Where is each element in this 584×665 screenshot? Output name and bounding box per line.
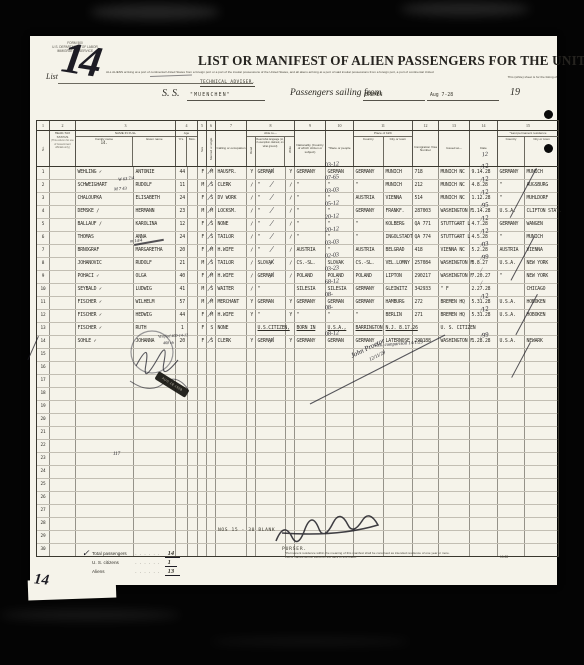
cell-issued-at: MUNICH NC [439,193,470,205]
cell-nationality: " [295,193,326,205]
cell-age-mos [188,310,198,322]
total-label: Total passengers [92,549,134,558]
cell-row-number: 15 [37,349,50,361]
cell-given-name: ANTONIE [134,167,176,179]
cell-residence-country [498,479,525,491]
cell-birth-city: HAMBURG [384,297,413,309]
cell-read: ∕ [247,232,256,244]
cell-residence-country [498,518,525,530]
cell-birth-country: " [354,219,384,231]
cell-given-name: KAROLINA [134,219,176,231]
cell-row-number: 8 [37,258,50,270]
cell-birth-country: POLAND [354,271,384,283]
cell-row-number: 17 [37,375,50,387]
cell-write: ∕ [286,232,295,244]
cell-issued-at: WASHINGTON F [439,258,470,270]
handwritten-page-mark: 14 [33,571,50,589]
cell-race [326,466,354,478]
cell-read: ∕ [247,271,256,283]
cell-nationality [295,518,326,530]
col-num: 9 [295,121,326,130]
cell-read [247,388,256,400]
cell-sex [198,401,207,413]
cell-nationality: " [295,310,326,322]
cell-race [326,505,354,517]
cell-write: Y [286,167,295,179]
cell-age-yrs [176,453,188,465]
manifest-row: 19 [37,401,558,414]
header-headtax-sub: (This column for use of Government offic… [50,139,75,150]
cell-age-mos [188,414,198,426]
cell-read-language [256,440,286,452]
cell-issued-at: WASHINGTON F [439,336,470,348]
tally-note: 117 [113,452,120,457]
cell-nationality [295,466,326,478]
list-label: List [46,72,58,81]
cell-age-yrs [176,427,188,439]
cell-read: Y [247,310,256,322]
manifest-row: 12 FISCHER ✓ HEDWIG 44 F M H.WIFE Y " Y … [37,310,558,323]
cell-visa-number [413,518,439,530]
cell-sex [198,453,207,465]
cell-read [247,505,256,517]
cell-birth-country [354,349,384,361]
cell-sex: F [198,336,207,348]
cell-race [326,414,354,426]
cell-birth-city: GLEIWITZ [384,284,413,296]
cell-residence-city: CHICAGO [525,284,558,296]
cell-occupation: LOCKSM. [216,206,247,218]
cell-race: " [326,310,354,322]
cell-issued-at [439,531,470,543]
cell-family-name [76,349,134,361]
cell-headtax [50,362,76,374]
ss-label: S. S. [162,88,180,99]
cell-headtax [50,349,76,361]
cell-nationality: BORN IN [295,323,326,335]
ink-slash: ∕ [271,205,273,215]
cell-age-mos [188,388,198,400]
handwritten-mark: ∕12 [480,188,489,196]
cell-read [247,323,256,335]
cell-visa-number [413,531,439,543]
cell-read: Y [247,336,256,348]
cell-row-number: 29 [37,531,50,543]
cell-sex: M [198,284,207,296]
ink-slash: ∕ [271,257,273,267]
manifest-row: 14 SOHLE ✓ JOHANNA 20 F S CLERK Y GERMAN… [37,336,558,349]
cell-age-yrs [176,414,188,426]
cell-residence-country: U.S.A. [498,310,525,322]
cell-sex: M [198,180,207,192]
footnote-line: List of names will be found on the back … [285,555,497,559]
cell-sex [198,531,207,543]
cell-read [247,362,256,374]
cell-issue-date: 7.20.27 [470,271,498,283]
cell-headtax [50,492,76,504]
cell-birth-country [354,440,384,452]
cell-family-name: DEMSKE ∕ [76,206,134,218]
cell-read-language [256,505,286,517]
ink-slash: ∕ [209,192,211,202]
cell-row-number: 23 [37,453,50,465]
cell-nationality: " [295,232,326,244]
cell-occupation [216,388,247,400]
col-num: 2 [50,121,76,130]
cell-occupation [216,544,247,556]
cell-read: Y [247,167,256,179]
cell-given-name [134,479,176,491]
cell-age-yrs: 40 [176,271,188,283]
col-num: 7 [216,121,247,130]
cell-nationality [295,375,326,387]
cell-visa-number: 287003 [413,206,439,218]
cell-write [286,349,295,361]
handwritten-mark: ∕12 [480,227,489,235]
cell-write [286,518,295,530]
cell-birth-city: VEL.LOMNY [384,258,413,270]
sailing-port: BREMEN [365,93,382,98]
cell-sex [198,492,207,504]
cell-nationality [295,427,326,439]
cell-sex: F [198,167,207,179]
cell-visa-number [413,479,439,491]
cell-residence-country: GERMANY [498,219,525,231]
cell-age-mos [188,362,198,374]
cell-row-number: 10 [37,284,50,296]
cell-age-mos [188,245,198,257]
ink-slash: ∕ [209,283,211,293]
cell-visa-number: 514 [413,193,439,205]
cell-residence-country [498,531,525,543]
cell-row-number: 26 [37,492,50,504]
header-headtax: HEAD-TAX STATUS [50,131,75,139]
handwritten-mark: ∕12 [480,175,489,183]
cell-age-yrs: 24 [176,193,188,205]
cell-birth-country: " [354,310,384,322]
handwritten-mark: ∕12 [480,305,489,313]
cell-read-language [256,362,286,374]
cell-occupation [216,414,247,426]
cell-age-mos [188,479,198,491]
cell-issued-at [439,453,470,465]
cell-birth-country: GERMANY [354,297,384,309]
cell-occupation [216,492,247,504]
cell-birth-city: FRANKF. [384,206,413,218]
cell-residence-city [525,414,558,426]
cell-write [286,388,295,400]
cell-read-language [256,401,286,413]
cell-given-name [134,401,176,413]
cell-residence-city [525,323,558,335]
underline [187,100,265,101]
cell-race [326,492,354,504]
cell-sex [198,375,207,387]
cell-age-yrs [176,531,188,543]
cell-issue-date [470,453,498,465]
cell-race [326,401,354,413]
cell-residence-country: AUSTRIA [498,245,525,257]
header-sex: Sex [200,133,204,165]
cell-occupation: TAILOR [216,232,247,244]
cell-family-name [76,518,134,530]
cell-age-yrs: 23 [176,206,188,218]
cell-nationality [295,479,326,491]
cell-row-number: 3 [37,193,50,205]
header-birth-country: Country [354,137,384,167]
cell-family-name: FISCHER ✓ [76,297,134,309]
col-num: 10 [326,121,354,130]
cell-race [326,531,354,543]
ink-slash: ∕ [271,179,273,189]
cell-sex [198,466,207,478]
cell-birth-city: INGOLSTADT [384,232,413,244]
cell-write [286,284,295,296]
cell-occupation [216,453,247,465]
cell-read: ∕ [247,258,256,270]
cell-headtax [50,544,76,556]
cell-visa-number: 718 [413,167,439,179]
cell-write: Y [286,310,295,322]
manifest-row: 21 [37,427,558,440]
ink-slash: ∕ [271,218,273,228]
cell-nationality: " [295,180,326,192]
cell-residence-city [525,349,558,361]
cell-family-name [76,401,134,413]
cell-age-mos [188,323,198,335]
cell-write [286,479,295,491]
cell-issue-date [470,505,498,517]
handwritten-mark: ∕03 [480,240,489,248]
header-family-note: 14. [101,140,108,145]
cell-sex [198,440,207,452]
cell-family-name: BRNOGRAF [76,245,134,257]
cell-birth-city [384,375,413,387]
handwritten-mark: ∕99 [480,253,489,261]
cell-age-mos [188,258,198,270]
cell-nationality [295,414,326,426]
cell-occupation: NONE [216,219,247,231]
cell-married [207,427,216,439]
cell-family-name [76,362,134,374]
cell-write [286,375,295,387]
cell-age-mos [188,232,198,244]
cell-write [286,401,295,413]
cell-issued-at: " F [439,284,470,296]
cell-married [207,505,216,517]
header-readlang: Read what language (or, if exemption cla… [256,137,285,167]
cell-birth-city: LIPTON [384,271,413,283]
cell-married [207,453,216,465]
cell-birth-city: KOLBERG [384,219,413,231]
cell-age-mos [188,518,198,530]
cell-birth-country: AUSTRIA [354,193,384,205]
cell-residence-city [525,466,558,478]
cell-age-mos [188,180,198,192]
cell-visa-number: 212 [413,180,439,192]
cell-birth-city [384,362,413,374]
cell-write [286,453,295,465]
cell-sex: F [198,219,207,231]
cell-visa-number [413,505,439,517]
cell-read-language: " [256,310,286,322]
cell-married [207,440,216,452]
handwritten-check: ✓ [82,548,90,559]
cell-write [286,531,295,543]
film-scan-frame: FORM 500 U.S. DEPARTMENT OF LABOR IMMIGR… [0,0,584,665]
cell-nationality: AUSTRIA [295,245,326,257]
cell-issue-date [470,492,498,504]
cell-family-name: FISCHER ✓ [76,310,134,322]
cell-race [326,388,354,400]
col-num: 14 [470,121,498,130]
total-value: 13 [165,568,181,576]
cell-write [286,492,295,504]
cell-birth-country [354,362,384,374]
manifest-row: 24 [37,466,558,479]
cell-read [247,466,256,478]
cell-headtax [50,375,76,387]
total-label: U. S. citizens [92,558,134,567]
page-title: LIST OR MANIFEST OF ALIEN PASSENGERS FOR… [198,53,584,69]
cell-birth-city: N.J. 8.17.26 [384,323,413,335]
cell-headtax [50,258,76,270]
cell-age-yrs: 41 [176,284,188,296]
cell-birth-country [354,518,384,530]
cell-birth-country: GERMANY [354,284,384,296]
ink-slash: ∕ [209,309,211,319]
film-dot [544,144,553,153]
cell-birth-city [384,492,413,504]
cell-headtax [50,414,76,426]
cell-birth-country [354,479,384,491]
cell-race [326,427,354,439]
cell-write: Y [286,297,295,309]
cell-headtax [50,427,76,439]
cell-residence-country [498,492,525,504]
cell-write [286,505,295,517]
cell-sex: F [198,245,207,257]
cell-sex [198,349,207,361]
cell-age-mos [188,466,198,478]
cell-headtax [50,310,76,322]
cell-given-name: HEDWIG [134,310,176,322]
cell-issue-date [470,531,498,543]
cell-headtax [50,284,76,296]
cell-sex: M [198,258,207,270]
cell-age-yrs [176,440,188,452]
cell-race [326,362,354,374]
cell-sex: F [198,323,207,335]
cell-row-number: 14 [37,336,50,348]
cell-nationality [295,362,326,374]
cell-occupation [216,375,247,387]
cell-birth-city: MUNICH [384,167,413,179]
header-race: *Race or people [326,146,353,151]
cell-issued-at: MUNICH NC [439,167,470,179]
col-num: 5 [198,121,207,130]
cell-visa-number [413,362,439,374]
manifest-row: 27 [37,505,558,518]
cell-residence-city: CLIFTON STAT. [525,206,558,218]
cell-nationality: GERMANY [295,167,326,179]
cell-given-name: RUDOLF [134,258,176,270]
cell-read: ∕ [247,193,256,205]
cell-age-mos [188,375,198,387]
total-value: 14 [165,550,181,558]
cell-sex [198,414,207,426]
handwritten-list-number: 14 [58,31,102,87]
cell-given-name [134,388,176,400]
cell-issued-at [439,518,470,530]
cell-read-language: " [256,284,286,296]
cell-race [326,453,354,465]
cell-read-language [256,492,286,504]
col-num: 8 [247,121,295,130]
cell-write [286,323,295,335]
cell-race [326,518,354,530]
cell-nationality [295,401,326,413]
cell-married [207,362,216,374]
film-streak [400,2,530,16]
cell-age-mos [188,297,198,309]
cell-age-mos [188,531,198,543]
header-given: Given name [133,137,175,167]
column-header-row: No. HEAD-TAX STATUS (This column for use… [37,131,558,167]
cell-married [207,531,216,543]
cell-given-name [134,453,176,465]
cell-row-number: 12 [37,310,50,322]
cell-read [247,427,256,439]
ink-slash: ∕ [271,231,273,241]
cell-visa-number: 271 [413,310,439,322]
cell-nationality: CS.-SL. [295,258,326,270]
total-value: 1 [165,559,177,567]
dot-leader: . . . . . . [135,569,160,574]
cell-age-yrs [176,401,188,413]
cell-headtax [50,245,76,257]
ink-slash: ∕ [209,205,211,215]
blank-rows-note: NOS 15 - 30 BLANK [218,528,275,533]
cell-headtax [50,271,76,283]
cell-married [207,479,216,491]
ink-slash: ∕ [271,270,273,280]
cell-row-number: 24 [37,466,50,478]
col-num: 1 [37,121,50,130]
cell-family-name: POHACI ✓ [76,271,134,283]
cell-issue-date [470,401,498,413]
cell-write [286,362,295,374]
cell-visa-number [413,323,439,335]
ink-slash: ∕ [209,257,211,267]
cell-given-name: ELISABETH [134,193,176,205]
cell-issue-date [470,388,498,400]
cell-nationality: " [295,206,326,218]
cell-age-yrs: 44 [176,310,188,322]
cell-visa-number [413,466,439,478]
cell-read: ∕ [247,245,256,257]
cell-issued-at: WASHINGTON F [439,206,470,218]
ink-slash: ∕ [271,192,273,202]
cell-occupation: H.WIFE [216,271,247,283]
cell-given-name: LUDWIG [134,284,176,296]
column-number-row: 1 2 3 4 5 6 7 8 9 10 11 12 13 14 15 [37,121,558,131]
cell-residence-country: GERMANY [498,167,525,179]
ink-slash: ∕ [209,179,211,189]
cell-headtax [50,232,76,244]
cell-given-name [134,362,176,374]
cell-visa-number: 290217 [413,271,439,283]
